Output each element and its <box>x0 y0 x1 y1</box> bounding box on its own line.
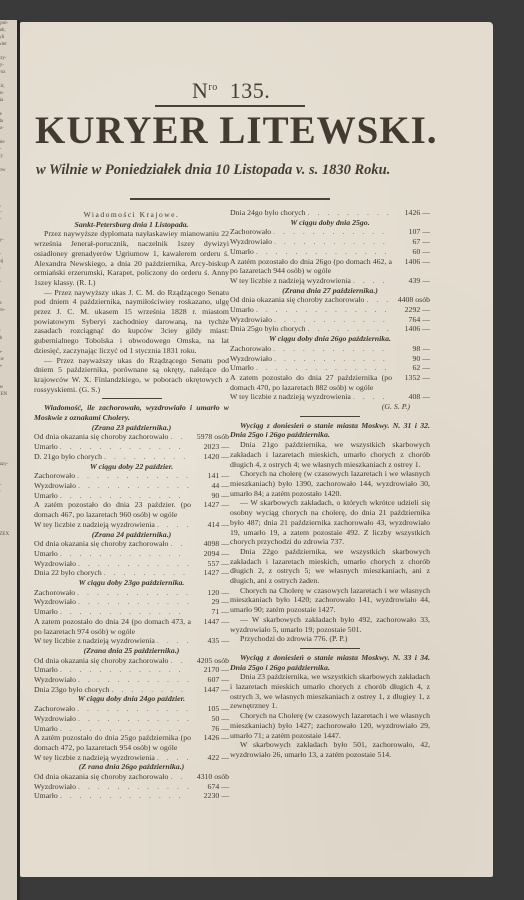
leader-dots <box>366 295 390 305</box>
table-row: Od dnia okazania się choroby zachorowało… <box>34 772 229 782</box>
leader-dots <box>60 724 189 734</box>
row-value: 1447 — <box>191 685 229 695</box>
row-value: 435 — <box>191 636 229 646</box>
row-label: Dnia 22 było chorych <box>34 568 102 578</box>
table-row: Dnia 23go było chorych1447 — <box>34 685 229 695</box>
article-paragraph: — W skarbowych zakładach było 492, zacho… <box>230 615 430 634</box>
facing-page-line: xxxxx di- <box>0 216 20 223</box>
row-value: 4205 osób <box>191 656 229 666</box>
table-row: Wyzdrowiało50 — <box>34 714 229 724</box>
article-paragraph: Chorych na Cholerę (w czasowych lazareta… <box>230 711 430 740</box>
row-label: Wyzdrowiało <box>34 675 76 685</box>
facing-page-line: xxxxx za <box>0 272 20 279</box>
table-row: Umarło2230 — <box>34 791 229 801</box>
row-value: 2094 — <box>191 549 229 559</box>
leader-dots <box>78 597 189 607</box>
facing-page-line: xxxxx ZIEN <box>0 391 20 398</box>
table-row: Od dnia okazania się choroby zachorowało… <box>34 656 229 666</box>
facing-page-line: xxxxx yspol- <box>0 20 20 27</box>
facing-page-line: xxxxx di- <box>0 482 20 489</box>
row-value: 2023 — <box>191 442 229 452</box>
facing-page-line: xxxxx naw <box>0 356 20 363</box>
article-paragraph: Chorych na Cholerę w czasowych lazaretac… <box>230 586 430 615</box>
row-value: 4098 — <box>191 539 229 549</box>
row-value: 67 — <box>392 237 430 247</box>
table-row: Od dnia okazania się choroby zachorowało… <box>34 539 229 549</box>
row-label: Od dnia okazania się choroby zachorowało <box>34 432 168 442</box>
issue-sup: ro <box>208 82 217 93</box>
left-column: Wiadomości Krajowe. Sankt-Petersburg dni… <box>34 208 229 801</box>
row-value: 120 — <box>191 588 229 598</box>
row-value: 408 — <box>392 392 430 402</box>
row-label: A zatém pozostało do dnia 23 paździer. (… <box>34 500 191 519</box>
row-value: 439 — <box>392 276 430 286</box>
table-row: Wyzdrowiało29 — <box>34 597 229 607</box>
article-paragraph: W skarbowych zakładach było 501, zachoro… <box>230 740 430 759</box>
cholera-tables-right: Dnia 24go było chorych1426 —W ciągu doby… <box>230 208 430 402</box>
row-value: 2230 — <box>191 791 229 801</box>
facing-page-line: xxxxx e <box>0 321 20 328</box>
article-paragraph: — Przez naywyższy ukas J. C. M. do Rządz… <box>34 288 229 356</box>
row-value: 414 — <box>191 520 229 530</box>
row-label: D. 21go było chorych <box>34 452 102 462</box>
facing-page-line: xxxxx XZEX <box>0 531 20 538</box>
facing-page-line: xxxxx ie- <box>0 251 20 258</box>
row-value: 557 — <box>191 559 229 569</box>
leader-dots <box>256 305 390 315</box>
table-row: Umarło76 — <box>34 724 229 734</box>
row-label: Zachorowało <box>230 227 271 237</box>
leader-dots <box>274 354 390 364</box>
facing-page-line: xxxxx wy- <box>0 237 20 244</box>
facing-page-line <box>0 510 20 517</box>
facing-page-line: xxxxx kr- <box>0 146 20 153</box>
row-label: Zachorowało <box>230 344 271 354</box>
right-column: Dnia 24go było chorych1426 —W ciągu doby… <box>230 208 430 760</box>
row-value: 107 — <box>392 227 430 237</box>
row-label: Zachorowało <box>34 471 75 481</box>
separator-rule <box>300 416 360 417</box>
row-value: 674 — <box>191 782 229 792</box>
table-row: Wyzdrowiało557 — <box>34 559 229 569</box>
row-label: W tey liczbie z nadzieją wyzdrowienia <box>34 636 155 646</box>
table-row: Wyzdrowiało44 — <box>34 481 229 491</box>
newspaper-title: KURYER LITEWSKI. <box>35 108 435 153</box>
row-value: 29 — <box>191 597 229 607</box>
table-row: Wyzdrowiało67 — <box>230 237 430 247</box>
row-label: Wyzdrowiało <box>230 354 272 364</box>
leader-dots <box>274 315 390 325</box>
facing-page-line: xxxxx uszy- <box>0 55 20 62</box>
facing-page-line: xxxxx szo- <box>0 90 20 97</box>
row-value: 60 — <box>392 247 430 257</box>
leader-dots <box>104 568 189 578</box>
row-value: 1427 — <box>191 500 229 510</box>
facing-page-line: xxxxx jus <box>0 300 20 307</box>
table-row: Wyzdrowiało607 — <box>34 675 229 685</box>
facing-page-line: xxxxx ni <box>0 377 20 384</box>
row-label: A zatém pozostało do dnia 26go (po domac… <box>230 257 392 276</box>
leader-dots <box>104 452 189 462</box>
table-row: D. 21go było chorych1420 — <box>34 452 229 462</box>
cholera-intro: Wiadomość, ile zachorowało, wyzdrowiało … <box>34 403 229 422</box>
table-row: Wyzdrowiało764 — <box>230 315 430 325</box>
facing-page-line: xxxxx wow <box>0 167 20 174</box>
table-row: Umarło2023 — <box>34 442 229 452</box>
table-heading: W ciągu doby dnia 25go. <box>230 218 430 228</box>
leader-dots <box>353 276 390 286</box>
table-row: A zatém pozostało do dnia 25go październ… <box>34 733 229 752</box>
row-value: 4310 osób <box>191 772 229 782</box>
leader-dots <box>170 772 189 782</box>
table-heading: (Zrana dnia 25 października.) <box>34 646 229 656</box>
table-row: Umarło2292 — <box>230 305 430 315</box>
row-label: Umarło <box>34 491 58 501</box>
issue-number-value: 135. <box>230 78 271 103</box>
table-heading: (Zrana 23 października.) <box>34 423 229 433</box>
row-label: Wyzdrowiało <box>34 597 76 607</box>
facing-page-line <box>0 426 20 433</box>
leader-dots <box>273 227 390 237</box>
facing-page-line: xxxxx zwier <box>0 41 20 48</box>
facing-page-line: xxxxx zkir, <box>0 83 20 90</box>
article-paragraph: Dnia 22go października, we wszystkich sk… <box>230 547 430 586</box>
facing-page-line: xxxxx go- <box>0 363 20 370</box>
table-row: Zachorowało105 — <box>34 704 229 714</box>
facing-page-line <box>0 419 20 426</box>
article-paragraph: — Przez nayważszy ukas do Rządzącego Sen… <box>34 356 229 395</box>
facing-page-line <box>0 412 20 419</box>
leader-dots <box>78 714 189 724</box>
facing-page-text: xxxxx yspol-xxxxx ulab,xxxxx Bylixxxxx z… <box>0 20 20 538</box>
row-label: W tey liczbie z nadzieją wyzdrowienia <box>34 520 155 530</box>
facing-page-line <box>0 195 20 202</box>
facing-page-line <box>0 447 20 454</box>
row-label: Umarło <box>34 607 58 617</box>
facing-page-line: xxxxx tow <box>0 384 20 391</box>
table-row: Wyzdrowiało90 — <box>230 354 430 364</box>
row-value: 1352 — <box>392 373 430 383</box>
leader-dots <box>256 247 390 257</box>
leader-dots <box>60 791 189 801</box>
leader-dots <box>308 324 390 334</box>
table-row: Umarło71 — <box>34 607 229 617</box>
cholera-tables-left: (Zrana 23 października.)Od dnia okazania… <box>34 423 229 801</box>
table-heading: (Z rana dnia 26go października.) <box>34 762 229 772</box>
leader-dots <box>353 392 390 402</box>
leader-dots <box>77 588 189 598</box>
row-label: Dnia 25go było chorych <box>230 324 306 334</box>
signature: (G. S. P.) <box>230 402 430 412</box>
row-value: 1420 — <box>191 452 229 462</box>
facing-page-line <box>0 48 20 55</box>
row-label: A zatém pozostało do dnia 25go październ… <box>34 733 191 752</box>
table-heading: (Zrana 24 października.) <box>34 530 229 540</box>
row-value: 607 — <box>191 675 229 685</box>
leader-dots <box>256 363 390 373</box>
leader-dots <box>308 208 390 218</box>
excerpt-1: Dnia 21go października, we wszystkich sk… <box>230 440 430 644</box>
row-label: Od dnia okazania się choroby zachorowało <box>34 772 168 782</box>
table-row: Od dnia okazania się choroby zachorowało… <box>34 432 229 442</box>
facing-page-line <box>0 454 20 461</box>
leader-dots <box>170 656 189 666</box>
row-value: 90 — <box>191 491 229 501</box>
facing-page-line: xxxxx ulab, <box>0 27 20 34</box>
row-value: 1447 — <box>191 617 229 627</box>
row-label: Od dnia okazania się choroby zachorowało <box>34 656 168 666</box>
leader-dots <box>60 491 189 501</box>
row-label: W tey liczbie z nadzieją wyzdrowienia <box>230 392 351 402</box>
row-label: Umarło <box>34 665 58 675</box>
leader-dots <box>157 636 189 646</box>
row-value: 1406 — <box>392 257 430 267</box>
table-row: W tey liczbie z nadzieją wyzdrowienia422… <box>34 753 229 763</box>
leader-dots <box>274 237 390 247</box>
row-label: W tey liczbie z nadzieją wyzdrowienia <box>230 276 351 286</box>
row-label: Wyzdrowiało <box>34 714 76 724</box>
facing-page-line: xxxxx jwoz <box>0 69 20 76</box>
leader-dots <box>78 559 189 569</box>
row-label: Umarło <box>34 791 58 801</box>
masthead-rule-bottom <box>130 198 330 200</box>
row-value: 44 — <box>191 481 229 491</box>
facing-page-line <box>0 433 20 440</box>
facing-page-line <box>0 174 20 181</box>
facing-page-line <box>0 223 20 230</box>
row-label: Wyzdrowiało <box>34 481 76 491</box>
row-label: Umarło <box>34 724 58 734</box>
table-heading: W ciągu doby dnia 26go października. <box>230 334 430 344</box>
row-value: 105 — <box>191 704 229 714</box>
row-label: Umarło <box>230 363 254 373</box>
facing-page-line: xxxxx ucy <box>0 153 20 160</box>
facing-page-line <box>0 132 20 139</box>
facing-page-line: xxxxx nie <box>0 111 20 118</box>
article-paragraph: Przychodzi do zdrowia 776. (P. P.) <box>230 634 430 644</box>
table-row: Dnia 24go było chorych1426 — <box>230 208 430 218</box>
table-row: Dnia 22 było chorych1427 — <box>34 568 229 578</box>
row-label: Zachorowało <box>34 588 75 598</box>
row-value: 98 — <box>392 344 430 354</box>
table-row: Dnia 25go było chorych1406 — <box>230 324 430 334</box>
leader-dots <box>77 471 189 481</box>
excerpt-title: Wyciąg z doniesień o stanie miasta Moskw… <box>230 421 430 440</box>
facing-page-line: xxxxx kto- <box>0 125 20 132</box>
row-label: Umarło <box>230 247 254 257</box>
facing-page-line <box>0 76 20 83</box>
facing-page-line: xxxxx z <box>0 181 20 188</box>
leader-dots <box>78 675 189 685</box>
facing-page-line: xxxxx ury- <box>0 62 20 69</box>
facing-page-line <box>0 440 20 447</box>
table-row: Umarło62 — <box>230 363 430 373</box>
row-value: 76 — <box>191 724 229 734</box>
issue-prefix: N <box>192 78 208 103</box>
masthead-rule-top <box>155 105 305 107</box>
row-value: 71 — <box>191 607 229 617</box>
facing-page-line <box>0 286 20 293</box>
row-value: 1406 — <box>392 324 430 334</box>
leader-dots <box>78 782 189 792</box>
facing-page-line: xxxxx op- <box>0 349 20 356</box>
row-value: 4408 osób <box>392 295 430 305</box>
row-label: Dnia 24go było chorych <box>230 208 306 218</box>
table-row: A zatem pozostało do dnia 27 październik… <box>230 373 430 392</box>
row-value: 1426 — <box>191 733 229 743</box>
row-label: Umarło <box>34 442 58 452</box>
row-label: Wyzdrowiało <box>34 782 76 792</box>
leader-dots <box>112 685 189 695</box>
table-heading: W ciągu doby dnia 24go paździer. <box>34 694 229 704</box>
article-paragraph: Chorych na cholerę (w czasowych lazareta… <box>230 469 430 498</box>
article-paragraph: Dnia 21go października, we wszystkich sk… <box>230 440 430 469</box>
row-value: 50 — <box>191 714 229 724</box>
leader-dots <box>157 520 189 530</box>
facing-page-line <box>0 524 20 531</box>
leader-dots <box>60 549 189 559</box>
leader-dots <box>157 753 189 763</box>
facing-page-line: xxxxx ttnie <box>0 139 20 146</box>
facing-page-line: xxxxx ny <box>0 328 20 335</box>
section-heading: Wiadomości Krajowe. <box>34 210 229 220</box>
facing-page-line: xxxxx mazy- <box>0 461 20 468</box>
excerpt-title: Wyciąg z doniesień o stanie miasta Moskw… <box>230 653 430 672</box>
row-value: 90 — <box>392 354 430 364</box>
separator-rule <box>102 398 162 399</box>
table-row: Zachorowało98 — <box>230 344 430 354</box>
facing-page-line <box>0 398 20 405</box>
facing-page-line: xxxxx ch <box>0 265 20 272</box>
row-label: Zachorowało <box>34 704 75 714</box>
row-label: Od dnia okazania się choroby zachorowało <box>230 295 364 305</box>
table-row: A zatem pozostało do dnia 24 (po domach … <box>34 617 229 636</box>
row-value: 141 — <box>191 471 229 481</box>
facing-page-line: xxxxx Dro- <box>0 307 20 314</box>
facing-page-line: xxxxx io- <box>0 279 20 286</box>
table-row: Umarło90 — <box>34 491 229 501</box>
facing-page-line: xxxxx ieuj <box>0 258 20 265</box>
facing-page-line: xxxxx ty <box>0 468 20 475</box>
row-label: Wyzdrowiało <box>230 237 272 247</box>
row-label: A zatem pozostało do dnia 27 październik… <box>230 373 392 392</box>
row-label: Wyzdrowiało <box>34 559 76 569</box>
leader-dots <box>77 704 189 714</box>
facing-page-line <box>0 503 20 510</box>
newspaper-page: Nro 135. KURYER LITEWSKI. w Wilnie w Pon… <box>20 22 493 877</box>
table-row: Wyzdrowiało674 — <box>34 782 229 792</box>
table-row: A zatém pozostało do dnia 23 paździer. (… <box>34 500 229 519</box>
row-label: Umarło <box>230 305 254 315</box>
table-row: A zatém pozostało do dnia 26go (po domac… <box>230 257 430 276</box>
leader-dots <box>273 344 390 354</box>
row-value: 422 — <box>191 753 229 763</box>
facing-page-line <box>0 104 20 111</box>
leader-dots <box>78 481 189 491</box>
separator-rule <box>300 648 360 649</box>
facing-page-line: xxxxx r- <box>0 370 20 377</box>
excerpt-2: Dnia 23 października, we wszystkich skar… <box>230 672 430 759</box>
facing-page-edge: xxxxx yspol-xxxxx ulab,xxxxx Bylixxxxx z… <box>0 20 20 900</box>
facing-page-line: xxxxx ez- <box>0 209 20 216</box>
facing-page-line: xxxxx Ich <box>0 335 20 342</box>
table-row: Umarło2170 — <box>34 665 229 675</box>
leader-dots <box>60 607 189 617</box>
row-label: Dnia 23go było chorych <box>34 685 110 695</box>
facing-page-line: xxxxx gda <box>0 118 20 125</box>
facing-page-line: xxxxx pl <box>0 230 20 237</box>
row-value: 2292 — <box>392 305 430 315</box>
table-row: Od dnia okazania się choroby zachorowało… <box>230 295 430 305</box>
row-label: Umarło <box>34 549 58 559</box>
facing-page-line: xxxxx ny <box>0 489 20 496</box>
issue-number: Nro 135. <box>192 78 270 104</box>
table-row: Umarło2094 — <box>34 549 229 559</box>
row-label: W tey liczbie z nadzieją wyzdrowienia <box>34 753 155 763</box>
table-row: Umarło60 — <box>230 247 430 257</box>
table-row: Zachorowało107 — <box>230 227 430 237</box>
facing-page-line <box>0 517 20 524</box>
facing-page-line: xxxxx lo <box>0 475 20 482</box>
table-heading: W ciągu doby 22 paździer. <box>34 462 229 472</box>
facing-page-line <box>0 496 20 503</box>
table-row: W tey liczbie z nadzieją wyzdrowienia435… <box>34 636 229 646</box>
table-heading: W ciągu doby 23go października. <box>34 578 229 588</box>
table-row: Zachorowało141 — <box>34 471 229 481</box>
facing-page-line <box>0 188 20 195</box>
leader-dots <box>170 432 189 442</box>
leader-dots <box>170 539 189 549</box>
facing-page-line: xxxxx la <box>0 244 20 251</box>
row-value: 1426 — <box>392 208 430 218</box>
facing-page-line <box>0 314 20 321</box>
row-label: Wyzdrowiało <box>230 315 272 325</box>
article-paragraph: — W skarbowych zakładach, o których wkró… <box>230 498 430 547</box>
table-heading: (Zrana dnia 27 października.) <box>230 286 430 296</box>
article-paragraph: Dnia 23 października, we wszystkich skar… <box>230 672 430 711</box>
facing-page-line <box>0 342 20 349</box>
row-value: 2170 — <box>191 665 229 675</box>
facing-page-line: xxxxx Byli <box>0 34 20 41</box>
row-label: A zatem pozostało do dnia 24 (po domach … <box>34 617 191 636</box>
row-label: Od dnia okazania się choroby zachorowało <box>34 539 168 549</box>
row-value: 5978 osób <box>191 432 229 442</box>
leader-dots <box>60 665 189 675</box>
leader-dots <box>60 442 189 452</box>
dateline-heading: Sankt-Petersburg dnia 1 Listopada. <box>34 220 229 230</box>
facing-page-line <box>0 405 20 412</box>
dateline: w Wilnie w Poniedziałek dnia 10 Listopad… <box>36 162 390 179</box>
row-value: 62 — <box>392 363 430 373</box>
facing-page-line: xxxxx ip, <box>0 202 20 209</box>
table-row: W tey liczbie z nadzieją wyzdrowienia408… <box>230 392 430 402</box>
table-row: W tey liczbie z nadzieją wyzdrowienia414… <box>34 520 229 530</box>
article-paragraph: Przez naywyższe dyplomata nayłaskawiey m… <box>34 229 229 287</box>
table-row: Zachorowało120 — <box>34 588 229 598</box>
row-value: 764 — <box>392 315 430 325</box>
table-row: W tey liczbie z nadzieją wyzdrowienia439… <box>230 276 430 286</box>
facing-page-line: xxxxx li <box>0 293 20 300</box>
facing-page-line: xxxxx rzia <box>0 97 20 104</box>
facing-page-line <box>0 160 20 167</box>
row-value: 1427 — <box>191 568 229 578</box>
